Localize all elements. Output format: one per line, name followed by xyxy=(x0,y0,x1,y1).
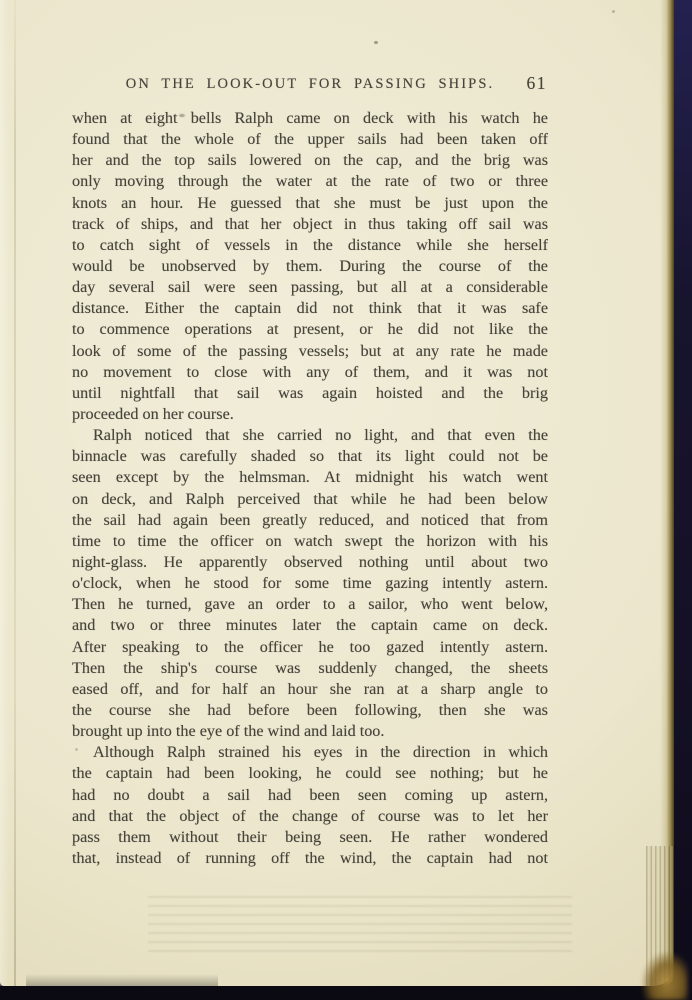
running-title: ON THE LOOK-OUT FOR PASSING SHIPS. xyxy=(72,72,548,93)
text-line: only moving through the water at the rat… xyxy=(72,171,548,192)
page-number: 61 xyxy=(527,73,548,94)
text-line: to catch sight of vessels in the distanc… xyxy=(72,235,548,256)
page-fore-edge xyxy=(660,0,674,986)
text-line: until nightfall that sail was again hois… xyxy=(72,383,548,404)
body-text: when at eight bells Ralph came on deck w… xyxy=(72,108,548,869)
text-line: Then the ship's course was suddenly chan… xyxy=(72,658,548,679)
text-line: Although Ralph strained his eyes in the … xyxy=(72,742,548,763)
text-line: eased off, and for half an hour she ran … xyxy=(72,679,548,700)
worn-corner xyxy=(642,952,688,1000)
text-line: the course she had before been following… xyxy=(72,700,548,721)
text-line: the sail had again been greatly reduced,… xyxy=(72,510,548,531)
running-header: ON THE LOOK-OUT FOR PASSING SHIPS. 61 xyxy=(72,72,548,98)
text-line: no movement to close with any of them, a… xyxy=(72,362,548,383)
text-line: time to time the officer on watch swept … xyxy=(72,531,548,552)
text-line: After speaking to the officer he too gaz… xyxy=(72,637,548,658)
text-line: o'clock, when he stood for some time gaz… xyxy=(72,573,548,594)
text-line: look of some of the passing vessels; but… xyxy=(72,341,548,362)
text-line: her and the top sails lowered on the cap… xyxy=(72,150,548,171)
under-page-shadow xyxy=(26,974,218,986)
ink-speck xyxy=(612,10,615,13)
text-column: ON THE LOOK-OUT FOR PASSING SHIPS. 61 wh… xyxy=(72,72,548,869)
text-line: when at eight bells Ralph came on deck w… xyxy=(72,108,548,129)
text-line: that, instead of running off the wind, t… xyxy=(72,848,548,869)
text-line: distance. Either the captain did not thi… xyxy=(72,298,548,319)
ink-speck xyxy=(374,41,378,44)
text-line: track of ships, and that her object in t… xyxy=(72,214,548,235)
page-scan: ON THE LOOK-OUT FOR PASSING SHIPS. 61 wh… xyxy=(0,0,674,986)
book-cover-band xyxy=(674,0,692,1000)
text-line: knots an hour. He guessed that she must … xyxy=(72,193,548,214)
text-line: pass them without their being seen. He r… xyxy=(72,827,548,848)
text-line: night-glass. He apparently observed noth… xyxy=(72,552,548,573)
text-line: Ralph noticed that she carried no light,… xyxy=(72,425,548,446)
text-line: binnacle was carefully shaded so that it… xyxy=(72,446,548,467)
text-line: the captain had been looking, he could s… xyxy=(72,763,548,784)
text-line: day several sail were seen passing, but … xyxy=(72,277,548,298)
text-line: and two or three minutes later the capta… xyxy=(72,615,548,636)
text-line: would be unobserved by them. During the … xyxy=(72,256,548,277)
text-line: found that the whole of the upper sails … xyxy=(72,129,548,150)
text-line: seen except by the helmsman. At midnight… xyxy=(72,467,548,488)
text-line: Then he turned, gave an order to a sailo… xyxy=(72,594,548,615)
text-line: and that the object of the change of cou… xyxy=(72,806,548,827)
text-line: to commence operations at present, or he… xyxy=(72,319,548,340)
page-curl-shadows xyxy=(148,896,572,952)
text-line: on deck, and Ralph perceived that while … xyxy=(72,489,548,510)
page-crease xyxy=(14,0,16,986)
text-line: proceeded on her course. xyxy=(72,404,548,425)
text-line: had no doubt a sail had been seen coming… xyxy=(72,785,548,806)
book-scan: ON THE LOOK-OUT FOR PASSING SHIPS. 61 wh… xyxy=(0,0,692,1000)
page-left-edge xyxy=(0,0,9,986)
text-line: brought up into the eye of the wind and … xyxy=(72,721,548,742)
